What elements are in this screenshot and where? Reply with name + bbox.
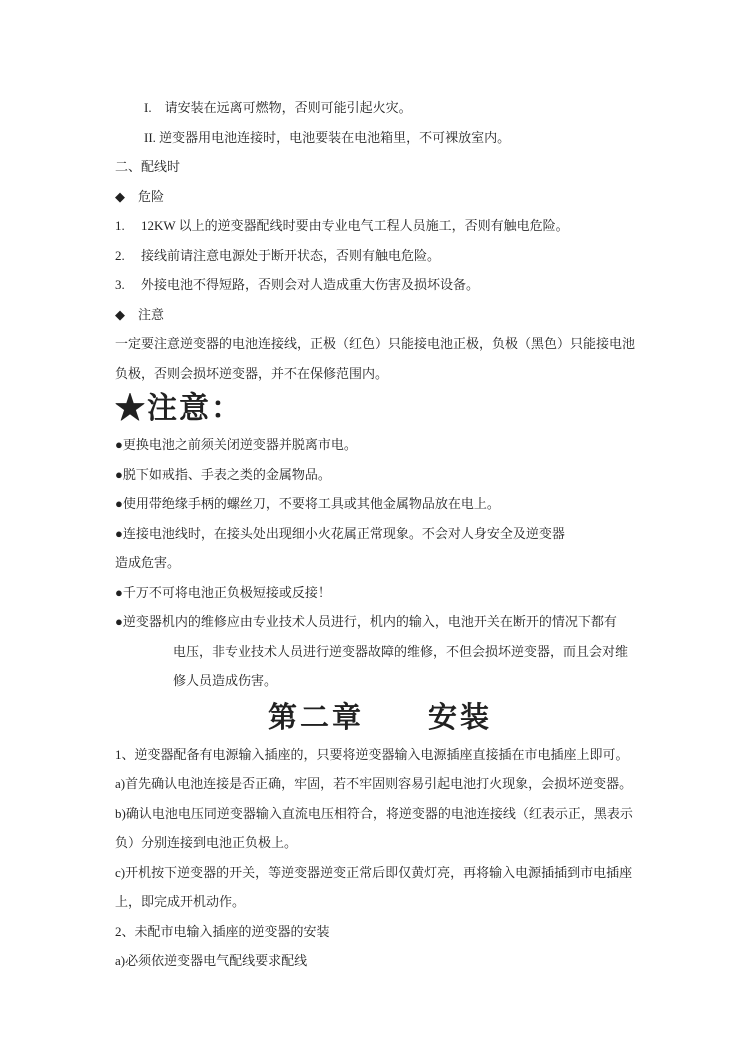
- notice-label: ◆ 注意: [115, 300, 645, 330]
- install-step-1a: a)首先确认电池连接是否正确，牢固，若不牢固则容易引起电池打火现象，会损坏逆变器…: [115, 769, 645, 799]
- list-item-roman-2: II. 逆变器用电池连接时，电池要装在电池箱里，不可裸放室内。: [115, 123, 645, 153]
- bullet-item-repair-line-2: 电压，非专业技术人员进行逆变器故障的维修，不但会损坏逆变器，而且会对维: [115, 637, 645, 667]
- bullet-item-repair-line-3: 修人员造成伤害。: [115, 666, 645, 696]
- chapter-title: 第二章 安装: [115, 696, 645, 740]
- bullet-item-repair-line-1: ●逆变器机内的维修应由专业技术人员进行，机内的输入，电池开关在断开的情况下都有: [115, 607, 645, 637]
- bullet-item-insulated-tools: ●使用带绝缘手柄的螺丝刀，不要将工具或其他金属物品放在电上。: [115, 489, 645, 519]
- danger-item-2: 2. 接线前请注意电源处于断开状态，否则有触电危险。: [115, 241, 645, 271]
- install-step-1b-line-2: 负）分别连接到电池正负极上。: [115, 828, 645, 858]
- bullet-item-sparks-line-2: 造成危害。: [115, 548, 645, 578]
- bullet-item-replace-battery: ●更换电池之前须关闭逆变器并脱离市电。: [115, 430, 645, 460]
- list-item-roman-1: I. 请安装在远离可燃物，否则可能引起火灾。: [115, 93, 645, 123]
- bullet-item-no-short-circuit: ●千万不可将电池正负极短接或反接！: [115, 578, 645, 608]
- install-step-1b-line-1: b)确认电池电压同逆变器输入直流电压相符合，将逆变器的电池连接线（红表示正，黑表…: [115, 799, 645, 829]
- danger-item-1: 1. 12KW 以上的逆变器配线时要由专业电气工程人员施工，否则有触电危险。: [115, 211, 645, 241]
- bullet-item-remove-metal: ●脱下如戒指、手表之类的金属物品。: [115, 460, 645, 490]
- document-page: I. 请安装在远离可燃物，否则可能引起火灾。II. 逆变器用电池连接时，电池要装…: [0, 0, 750, 1060]
- install-step-2a: a)必须依逆变器电气配线要求配线: [115, 946, 645, 976]
- notice-paragraph-line-1: 一定要注意逆变器的电池连接线，正极（红色）只能接电池正极，负极（黑色）只能接电池: [115, 329, 645, 359]
- danger-label: ◆ 危险: [115, 182, 645, 212]
- install-step-1: 1、逆变器配备有电源输入插座的，只要将逆变器输入电源插座直接插在市电插座上即可。: [115, 740, 645, 770]
- notice-paragraph-line-2: 负极，否则会损坏逆变器，并不在保修范围内。: [115, 359, 645, 389]
- install-step-1c-line-1: c)开机按下逆变器的开关，等逆变器逆变正常后即仅黄灯亮，再将输入电源插插到市电插…: [115, 858, 645, 888]
- section-heading-wiring: 二、配线时: [115, 152, 645, 182]
- install-step-2: 2、未配市电输入插座的逆变器的安装: [115, 917, 645, 947]
- install-step-1c-line-2: 上，即完成开机动作。: [115, 887, 645, 917]
- bullet-item-sparks-line-1: ●连接电池线时，在接头处出现细小火花属正常现象。不会对人身安全及逆变器: [115, 519, 645, 549]
- danger-item-3: 3. 外接电池不得短路，否则会对人造成重大伤害及损坏设备。: [115, 270, 645, 300]
- document-content: I. 请安装在远离可燃物，否则可能引起火灾。II. 逆变器用电池连接时，电池要装…: [115, 93, 645, 976]
- star-notice-heading: ★注意：: [115, 388, 645, 430]
